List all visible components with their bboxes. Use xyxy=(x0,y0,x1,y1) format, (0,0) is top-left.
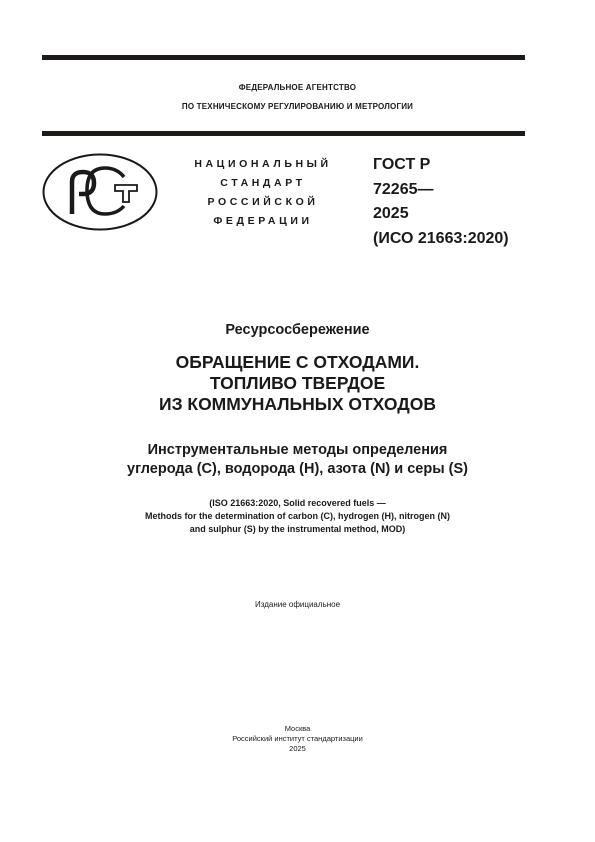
series-title: Ресурсосбережение xyxy=(0,322,595,338)
designation-line: 72265— xyxy=(373,178,509,203)
iso-reference-line: (ISO 21663:2020, Solid recovered fuels — xyxy=(0,497,595,510)
designation-line: ГОСТ Р xyxy=(373,153,509,178)
agency-name-line-2: ПО ТЕХНИЧЕСКОМУ РЕГУЛИРОВАНИЮ И МЕТРОЛОГ… xyxy=(0,102,595,111)
standard-type-block: НАЦИОНАЛЬНЫЙ СТАНДАРТ РОССИЙСКОЙ ФЕДЕРАЦ… xyxy=(180,155,346,231)
main-title-line: ТОПЛИВО ТВЕРДОЕ xyxy=(0,373,595,394)
official-edition-label: Издание официальное xyxy=(0,600,595,609)
subtitle: Инструментальные методы определения угле… xyxy=(0,441,595,479)
main-title-line: ИЗ КОММУНАЛЬНЫХ ОТХОДОВ xyxy=(0,394,595,415)
standard-type-line: ФЕДЕРАЦИИ xyxy=(180,212,346,231)
agency-name-line-1: ФЕДЕРАЛЬНОЕ АГЕНТСТВО xyxy=(0,83,595,92)
iso-reference: (ISO 21663:2020, Solid recovered fuels —… xyxy=(0,497,595,536)
standard-designation: ГОСТ Р 72265— 2025 (ИСО 21663:2020) xyxy=(373,153,509,251)
middle-rule xyxy=(42,131,525,136)
standard-type-line: СТАНДАРТ xyxy=(180,174,346,193)
iso-reference-line: and sulphur (S) by the instrumental meth… xyxy=(0,523,595,536)
iso-reference-line: Methods for the determination of carbon … xyxy=(0,510,595,523)
imprint-publisher: Российский институт стандартизации xyxy=(0,734,595,744)
imprint-year: 2025 xyxy=(0,744,595,754)
subtitle-line: углерода (С), водорода (Н), азота (N) и … xyxy=(0,460,595,479)
main-title-line: ОБРАЩЕНИЕ С ОТХОДАМИ. xyxy=(0,352,595,373)
designation-line: (ИСО 21663:2020) xyxy=(373,227,509,252)
main-title: ОБРАЩЕНИЕ С ОТХОДАМИ. ТОПЛИВО ТВЕРДОЕ ИЗ… xyxy=(0,352,595,415)
subtitle-line: Инструментальные методы определения xyxy=(0,441,595,460)
imprint: Москва Российский институт стандартизаци… xyxy=(0,724,595,754)
imprint-city: Москва xyxy=(0,724,595,734)
standard-type-line: РОССИЙСКОЙ xyxy=(180,193,346,212)
standard-type-line: НАЦИОНАЛЬНЫЙ xyxy=(180,155,346,174)
designation-line: 2025 xyxy=(373,202,509,227)
rst-gost-mark-icon xyxy=(41,152,159,232)
top-rule xyxy=(42,55,525,60)
